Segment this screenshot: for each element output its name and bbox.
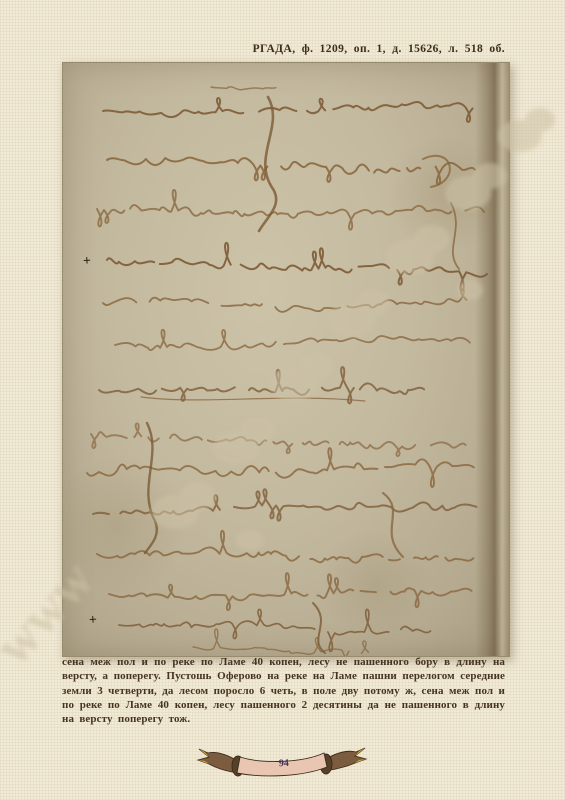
page-number-ribbon: 94 (196, 747, 368, 791)
margin-cross-mark: + (83, 255, 92, 270)
binding-edge (475, 63, 509, 656)
archive-reference: РГАДА, ф. 1209, оп. 1, д. 15626, л. 518 … (253, 43, 505, 55)
margin-cross-mark: + (89, 614, 98, 629)
manuscript-photo: + + (62, 62, 510, 657)
handwriting-ink (63, 63, 509, 656)
book-page: РГАДА, ф. 1209, оп. 1, д. 15626, л. 518 … (0, 0, 565, 800)
transcription-text: сена меж пол и по реке по Ламе 40 копен,… (62, 655, 505, 726)
page-number: 94 (279, 758, 290, 770)
